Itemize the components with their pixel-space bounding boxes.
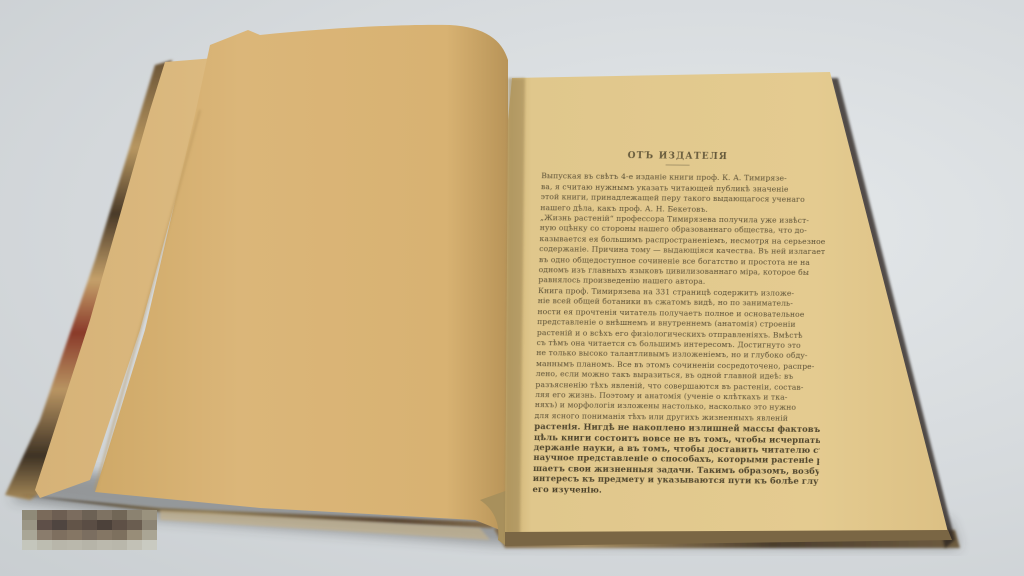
paragraph-2: „Жизнь растеній“ профессора Тимирязева п… — [524, 213, 826, 289]
right-page-text: ОТЪ ИЗДАТЕЛЯ Выпуская въ свѣтъ 4-е издан… — [518, 150, 828, 497]
open-book-illustration — [0, 0, 1024, 576]
page-heading: ОТЪ ИЗДАТЕЛЯ — [528, 150, 828, 164]
pixelated-watermark — [22, 510, 157, 550]
paragraph-3: Книга проф. Тимирязева на 331 страницѣ с… — [518, 286, 824, 497]
heading-rule — [666, 165, 690, 166]
photo-scene: ОТЪ ИЗДАТЕЛЯ Выпуская въ свѣтъ 4-е издан… — [0, 0, 1024, 576]
paragraph-1: Выпуская въ свѣтъ 4-е изданіе книги проф… — [526, 171, 827, 216]
